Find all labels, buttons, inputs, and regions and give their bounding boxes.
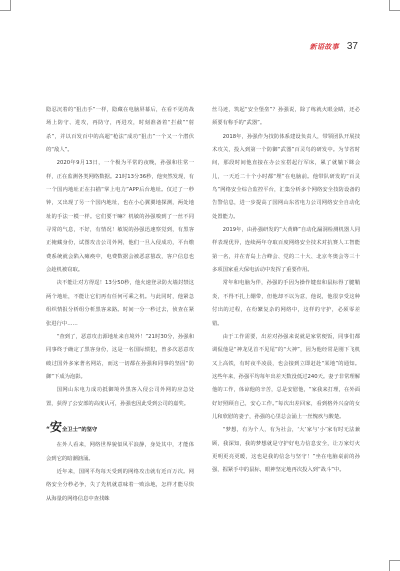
crop-mark-top-left (0, 0, 11, 11)
paragraph: 由于工作需要，出差对孙强来说就是家常便饭，同事们都调侃他是“神龙见首不见尾”的“… (212, 331, 360, 424)
section-heading-text: 全卫士”的坚守 (62, 424, 97, 437)
paragraph: 2018年，孙强作为技防体系建设负责人，带领团队开展技术攻关，投入到第一个防御“… (212, 131, 360, 224)
section-heading: “ 安 全卫士”的坚守 (46, 421, 194, 437)
paragraph: 2020年9月13日，一个极为平常的夜晚，孙强和往常一样，正在监测各类网络数据。… (46, 157, 194, 277)
left-column: 隐忍沉着的“狙击手”一样，隐藏在电脑屏幕后，在看不见的战场上防守、进攻，再防守，… (46, 104, 194, 506)
crop-mark-bottom-right (389, 560, 400, 571)
paragraph: 在外人看来，网络世界貌似风平浪静，身处其中，才能体会到它的暗潮汹涌。 (46, 439, 194, 466)
section-tag: 新语故事 (310, 42, 339, 52)
paragraph: 常年和电脑为伴，孙强的手因为操作键盘和鼠标得了腱鞘炎，不得不扎上绷带，但他却不以… (212, 277, 360, 330)
paragraph: 丝马迹，筑起“安全堡垒”？孙强说，除了练就火眼金睛，还必须要有称手的“武器”。 (212, 104, 360, 131)
paragraph: “梦想，有为个人，有为社会，‘大’家与‘小’家有时无法兼顾，我深知，我的梦想就是… (212, 424, 360, 477)
paragraph: 近年来，国网平均每天受到的网络攻击就有近百万次。网络安全分秒必争，失了先机就意味… (46, 466, 194, 506)
paragraph: “查到了，恶意攻击源地址来自境外！”21时30分，孙强和同事终于确定了黑客身份，… (46, 331, 194, 384)
page-number: 37 (347, 41, 358, 52)
paragraph: 国网山东电力成功抵御境外黑客入侵公司外网的应急处置，获得了公安部的高度认可，孙强… (46, 384, 194, 411)
page-header: 新语故事 37 (310, 41, 358, 52)
section-heading-drop-char: 安 (50, 421, 62, 433)
crop-mark-top-right (389, 0, 400, 11)
paragraph: 决不能让对方得逞！13分50秒，他火速登录防火墙封禁这两个地址，不能让它们再有任… (46, 277, 194, 330)
right-column: 丝马迹，筑起“安全堡垒”？孙强说，除了练就火眼金睛，还必须要有称手的“武器”。 … (212, 104, 360, 478)
paragraph: 隐忍沉着的“狙击手”一样，隐藏在电脑屏幕后，在看不见的战场上防守、进攻，再防守，… (46, 104, 194, 157)
paragraph: 2019年，由孙强研发的“大黄蜂”自动化漏洞检测机器人同样表现优异，连续两年夺取… (212, 224, 360, 277)
